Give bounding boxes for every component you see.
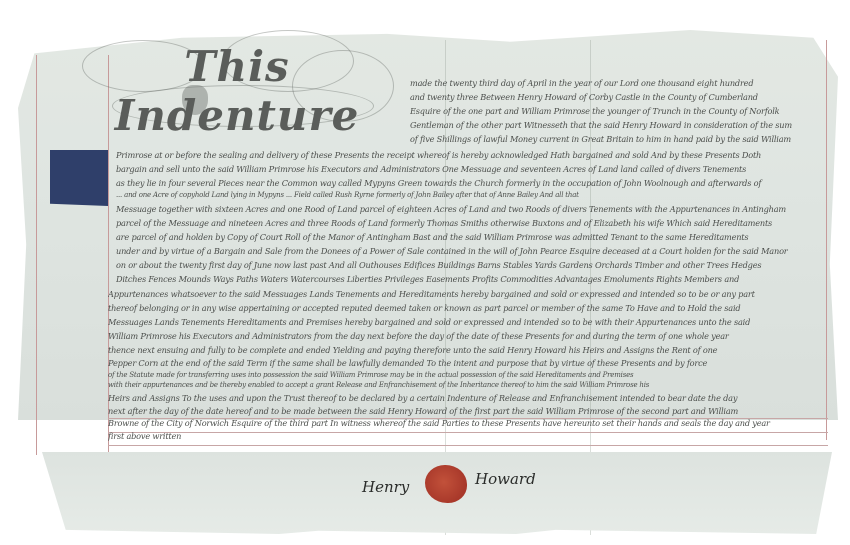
text-line: with their appurtenances and be thereby … [108,381,822,389]
text-line: William Primrose his Executors and Admin… [108,331,822,341]
text-line: Esquire of the one part and William Prim… [410,106,820,116]
text-line: parcel of the Messuage and nineteen Acre… [116,218,822,228]
text-line: Primrose at or before the sealing and de… [116,150,822,160]
text-line: thence next ensuing and fully to be comp… [108,345,822,355]
text-line: Ditches Fences Mounds Ways Paths Waters … [116,274,822,284]
text-line: Pepper Corn at the end of the said Term … [108,358,822,368]
text-line: Messuages Lands Tenements Hereditaments … [108,317,822,327]
indenture-document: This Indenture made the twenty third day… [0,0,850,545]
text-line: made the twenty third day of April in th… [410,78,820,88]
page-title: This Indenture [72,42,402,140]
text-line: under and by virtue of a Bargain and Sal… [116,246,822,256]
text-line: Browne of the City of Norwich Esquire of… [108,418,822,428]
wax-seal [425,465,467,503]
text-line: Messuage together with sixteen Acres and… [116,204,822,214]
text-line: of the Statute made for transferring use… [108,371,822,379]
signature-last-name: Howard [475,470,536,488]
text-line: of five Shillings of lawful Money curren… [410,134,820,144]
text-line: as they lie in four several Pieces near … [116,178,822,188]
ruled-line [108,445,828,446]
text-line: Gentleman of the other part Witnesseth t… [410,120,820,130]
text-line: bargain and sell unto the said William P… [116,164,822,174]
signature-first-name: Henry [362,478,409,496]
heading-flourish: This Indenture [72,30,402,130]
text-line: Appurtenances whatsoever to the said Mes… [108,289,822,299]
text-line: ... and one Acre of copyhold Land lying … [116,191,822,199]
left-margin-rule [36,55,37,455]
text-line: Heirs and Assigns To the uses and upon t… [108,393,822,403]
text-line: first above written [108,431,308,441]
text-line: on or about the twenty first day of June… [116,260,822,270]
right-margin-rule [826,40,827,440]
text-line: next after the day of the date hereof an… [108,406,822,416]
text-line: and twenty three Between Henry Howard of… [410,92,820,102]
text-line: are parcel of and holden by Copy of Cour… [116,232,822,242]
blue-ribbon-tab [50,150,108,206]
text-line: thereof belonging or in any wise apperta… [108,303,822,313]
